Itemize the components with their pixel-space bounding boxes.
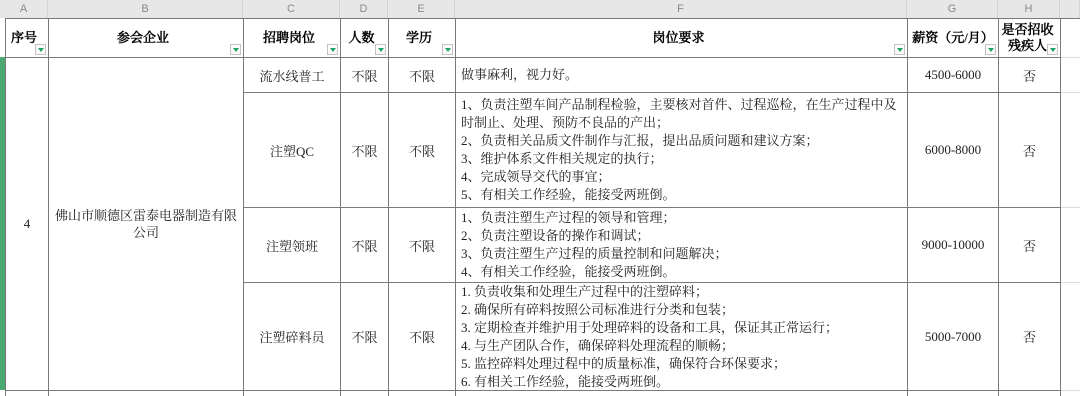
cell-r1-education[interactable]: 不限 [389, 58, 456, 93]
cell-overflow[interactable] [1061, 19, 1080, 58]
cell-r2-education[interactable]: 不限 [389, 93, 456, 208]
header-cell-position[interactable]: 招聘岗位 [244, 19, 341, 58]
r4-salary: 5000-7000 [925, 329, 981, 345]
filter-arrow-icon [378, 48, 384, 52]
r3-requirements: 1、负责注塑生产过程的领导和管理； 2、负责注塑设备的操作和调试； 3、负责注塑… [461, 209, 728, 281]
r2-disabled: 否 [1023, 141, 1036, 160]
group-index: 4 [24, 216, 31, 232]
cell-r4-salary[interactable]: 5000-7000 [908, 283, 999, 391]
filter-button-position[interactable] [327, 44, 338, 55]
cell-next-row-stub[interactable] [999, 391, 1061, 396]
cell-r4-position[interactable]: 注塑碎料员 [244, 283, 341, 391]
r2-headcount: 不限 [351, 141, 377, 160]
r4-disabled: 否 [1023, 327, 1036, 346]
r3-disabled: 否 [1023, 236, 1036, 255]
header-cell-company[interactable]: 参会企业 [49, 19, 244, 58]
header-cell-education[interactable]: 学历 [389, 19, 456, 58]
cell-next-row-stub[interactable] [341, 391, 389, 396]
filter-button-education[interactable] [442, 44, 453, 55]
r1-education: 不限 [409, 66, 435, 85]
cell-next-row-stub[interactable] [456, 391, 908, 396]
header-requirements-label: 岗位要求 [652, 30, 704, 46]
cell-overflow[interactable] [1061, 208, 1080, 283]
column-letter-b[interactable]: B [48, 0, 243, 18]
header-salary-label: 薪资（元/月） [912, 30, 994, 46]
cell-next-row-stub[interactable] [6, 391, 49, 396]
cell-overflow[interactable] [1061, 283, 1080, 391]
cell-r2-salary[interactable]: 6000-8000 [908, 93, 999, 208]
cell-group-index[interactable]: 4 [6, 58, 49, 391]
column-letter-g[interactable]: G [907, 0, 998, 18]
filter-arrow-icon [1050, 48, 1056, 52]
r3-education: 不限 [409, 236, 435, 255]
r4-headcount: 不限 [351, 327, 377, 346]
cell-r4-education[interactable]: 不限 [389, 283, 456, 391]
cell-r1-headcount[interactable]: 不限 [341, 58, 389, 93]
filter-button-headcount[interactable] [375, 44, 386, 55]
header-education-label: 学历 [406, 30, 432, 46]
column-letter-c[interactable]: C [243, 0, 340, 18]
filter-arrow-icon [38, 48, 44, 52]
filter-arrow-icon [988, 48, 994, 52]
column-letter-e[interactable]: E [388, 0, 455, 18]
r2-requirements: 1、负责注塑车间产品制程检验，主要核对首件、过程巡检，在生产过程中及时制止、处理… [461, 96, 901, 204]
filter-arrow-icon [897, 48, 903, 52]
header-index-label: 序号 [11, 30, 37, 46]
header-cell-headcount[interactable]: 人数 [341, 19, 389, 58]
cell-r4-disabled[interactable]: 否 [999, 283, 1061, 391]
r4-education: 不限 [409, 327, 435, 346]
cell-overflow[interactable] [1061, 391, 1080, 396]
column-letter-d[interactable]: D [340, 0, 388, 18]
header-cell-salary[interactable]: 薪资（元/月） [908, 19, 999, 58]
cell-r1-salary[interactable]: 4500-6000 [908, 58, 999, 93]
column-letter-overflow[interactable] [1060, 0, 1080, 18]
cell-next-row-stub[interactable] [389, 391, 456, 396]
cell-overflow[interactable] [1061, 58, 1080, 93]
header-cell-index[interactable]: 序号 [6, 19, 49, 58]
r2-position: 注塑QC [270, 141, 314, 160]
r4-requirements: 1. 负责收集和处理生产过程中的注塑碎料； 2. 确保所有碎料按照公司标准进行分… [461, 283, 838, 391]
cell-r3-education[interactable]: 不限 [389, 208, 456, 283]
filter-button-salary[interactable] [985, 44, 996, 55]
filter-button-index[interactable] [35, 44, 46, 55]
filter-arrow-icon [330, 48, 336, 52]
spreadsheet-app: A B C D E F G H 序号 参会企业 招聘岗位 人数 学历 [0, 0, 1080, 396]
cell-group-company[interactable]: 佛山市顺德区雷泰电器制造有限公司 [49, 58, 244, 391]
r1-salary: 4500-6000 [925, 67, 981, 83]
header-headcount-label: 人数 [348, 30, 374, 46]
r2-education: 不限 [409, 141, 435, 160]
filter-button-company[interactable] [230, 44, 241, 55]
cell-r1-requirements[interactable]: 做事麻利，视力好。 [456, 58, 908, 93]
r1-headcount: 不限 [351, 66, 377, 85]
filter-arrow-icon [233, 48, 239, 52]
filter-arrow-icon [445, 48, 451, 52]
column-letter-strip: A B C D E F G H [0, 0, 1080, 18]
column-letter-a[interactable]: A [0, 0, 48, 18]
header-position-label: 招聘岗位 [263, 30, 315, 46]
cell-r3-position[interactable]: 注塑领班 [244, 208, 341, 283]
r3-headcount: 不限 [351, 236, 377, 255]
r1-requirements: 做事麻利，视力好。 [461, 66, 578, 84]
cell-r4-headcount[interactable]: 不限 [341, 283, 389, 391]
group-company: 佛山市顺德区雷泰电器制造有限公司 [52, 207, 240, 241]
r1-position: 流水线普工 [259, 66, 324, 85]
cell-next-row-stub[interactable] [49, 391, 244, 396]
r1-disabled: 否 [1023, 66, 1036, 85]
header-cell-requirements[interactable]: 岗位要求 [456, 19, 908, 58]
filter-button-disabled[interactable] [1047, 44, 1058, 55]
column-letter-h[interactable]: H [998, 0, 1060, 18]
cell-r3-salary[interactable]: 9000-10000 [908, 208, 999, 283]
cell-r2-position[interactable]: 注塑QC [244, 93, 341, 208]
r3-position: 注塑领班 [266, 236, 318, 255]
cell-r2-headcount[interactable]: 不限 [341, 93, 389, 208]
cell-r3-requirements[interactable]: 1、负责注塑生产过程的领导和管理； 2、负责注塑设备的操作和调试； 3、负责注塑… [456, 208, 908, 283]
filter-button-requirements[interactable] [894, 44, 905, 55]
cell-overflow[interactable] [1061, 93, 1080, 208]
cell-next-row-stub[interactable] [908, 391, 999, 396]
r4-position: 注塑碎料员 [259, 327, 324, 346]
cell-r3-headcount[interactable]: 不限 [341, 208, 389, 283]
header-company-label: 参会企业 [117, 30, 169, 46]
cell-r4-requirements[interactable]: 1. 负责收集和处理生产过程中的注塑碎料； 2. 确保所有碎料按照公司标准进行分… [456, 283, 908, 391]
r3-salary: 9000-10000 [922, 237, 985, 253]
cell-r2-disabled[interactable]: 否 [999, 93, 1061, 208]
header-cell-disabled[interactable]: 是否招收残疾人 [999, 19, 1061, 58]
column-letter-f[interactable]: F [455, 0, 907, 18]
cell-r2-requirements[interactable]: 1、负责注塑车间产品制程检验，主要核对首件、过程巡检，在生产过程中及时制止、处理… [456, 93, 908, 208]
cell-next-row-stub[interactable] [244, 391, 341, 396]
cell-r1-position[interactable]: 流水线普工 [244, 58, 341, 93]
cell-r1-disabled[interactable]: 否 [999, 58, 1061, 93]
recruitment-table: 序号 参会企业 招聘岗位 人数 学历 岗位要求 薪资（元/月） 是否招收残疾人 [5, 18, 1080, 396]
cell-r3-disabled[interactable]: 否 [999, 208, 1061, 283]
r2-salary: 6000-8000 [925, 142, 981, 158]
